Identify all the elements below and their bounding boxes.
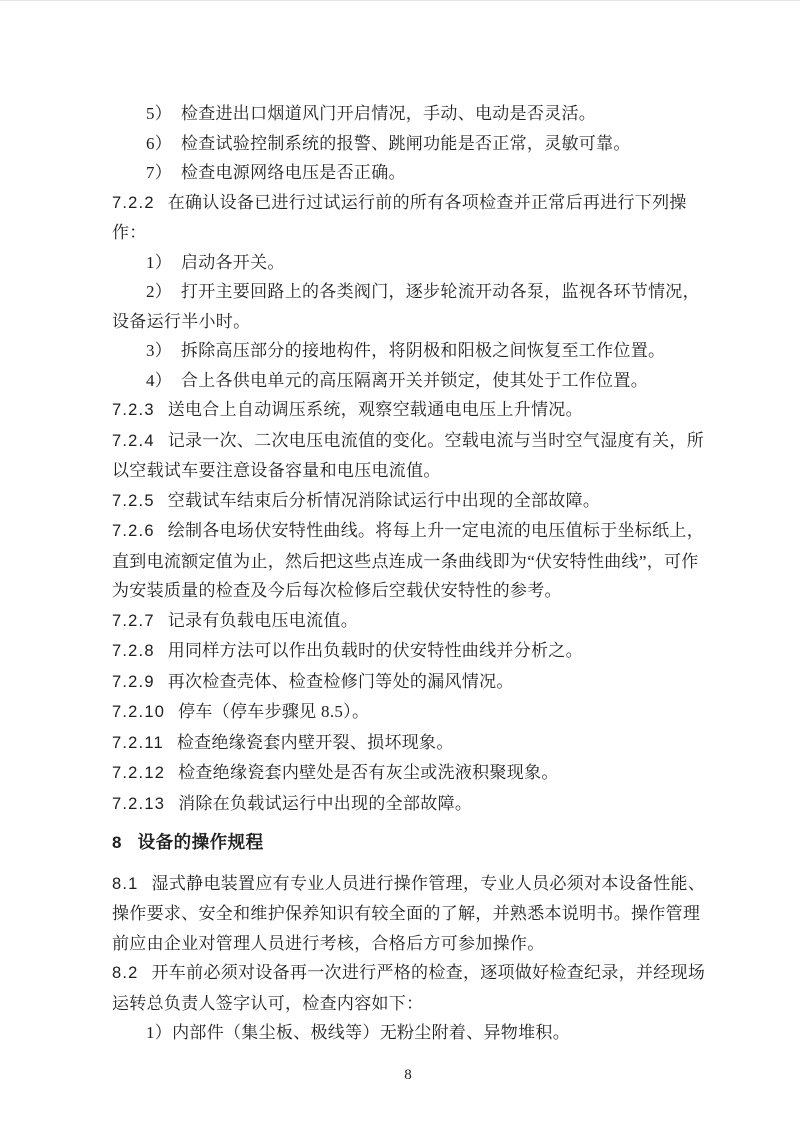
text-line: 7.2.6绘制各电场伏安特性曲线。将每上升一定电流的电压值标于坐标纸上， <box>112 516 704 547</box>
section-number: 7.2.10 <box>112 703 165 721</box>
text-line: 作： <box>112 218 704 248</box>
line-text: 4） 合上各供电单元的高压隔离开关并锁定，使其处于工作位置。 <box>146 371 648 390</box>
line-text: 检查绝缘瓷套内壁处是否有灰尘或洗液积聚现象。 <box>178 763 559 782</box>
line-text: 2） 打开主要回路上的各类阀门，逐步轮流开动各泵，监视各环节情况， <box>146 282 700 301</box>
line-text: 检查绝缘瓷套内壁开裂、损坏现象。 <box>177 733 454 752</box>
content: 5） 检查进出口烟道风门开启情况，手动、电动是否灵活。6） 检查试验控制系统的报… <box>112 99 704 1085</box>
text-line: 7.2.2在确认设备已进行过试运行前的所有各项检查并正常后再进行下列操 <box>112 188 704 219</box>
text-line: 3） 拆除高压部分的接地构件，将阴极和阳极之间恢复至工作位置。 <box>112 336 704 366</box>
line-text: 用同样方法可以作出负载时的伏安特性曲线并分析之。 <box>168 641 583 660</box>
text-line: 7.2.5空载试车结束后分析情况消除试运行中出现的全部故障。 <box>112 486 704 517</box>
list-item: 4） 合上各供电单元的高压隔离开关并锁定，使其处于工作位置。 <box>112 366 704 396</box>
section-paragraph: 7.2.11检查绝缘瓷套内壁开裂、损坏现象。 <box>112 728 704 759</box>
section-paragraph: 7.2.13消除在负载试运行中出现的全部故障。 <box>112 789 704 820</box>
line-text: 绘制各电场伏安特性曲线。将每上升一定电流的电压值标于坐标纸上， <box>168 521 704 540</box>
line-text: 1） 启动各开关。 <box>146 253 285 272</box>
section-paragraph: 7.2.3送电合上自动调压系统，观察空载通电电压上升情况。 <box>112 395 704 426</box>
line-text: 停车（停车步骤见 8.5）。 <box>178 702 369 721</box>
section-paragraph: 7.2.10停车（停车步骤见 8.5）。 <box>112 697 704 728</box>
text-line: 8.1湿式静电装置应有专业人员进行操作管理，专业人员必须对本设备性能、 <box>112 869 704 900</box>
section-paragraph: 7.2.5空载试车结束后分析情况消除试运行中出现的全部故障。 <box>112 486 704 517</box>
line-text: 送电合上自动调压系统，观察空载通电电压上升情况。 <box>168 400 583 419</box>
line-text: 开车前必须对设备再一次进行严格的检查，逐项做好检查纪录，并经现场 <box>152 963 706 982</box>
section-number: 7.2.9 <box>112 673 155 691</box>
text-line: 7.2.4记录一次、二次电压电流值的变化。空载电流与当时空气湿度有关，所 <box>112 426 704 457</box>
text-line: 8.2开车前必须对设备再一次进行严格的检查，逐项做好检查纪录，并经现场 <box>112 958 704 989</box>
section-number: 7.2.3 <box>112 401 155 419</box>
line-text: 为安装质量的检查及今后每次检修后空载伏安特性的参考。 <box>112 581 562 600</box>
line-text: 5） 检查进出口烟道风门开启情况，手动、电动是否灵活。 <box>146 104 596 123</box>
line-text: 7） 检查电源网络电压是否正确。 <box>146 163 406 182</box>
section-paragraph: 8.2开车前必须对设备再一次进行严格的检查，逐项做好检查纪录，并经现场运转总负责… <box>112 958 704 1018</box>
section-number: 7.2.8 <box>112 642 155 660</box>
text-line: 7.2.13消除在负载试运行中出现的全部故障。 <box>112 789 704 820</box>
section-paragraph: 7.2.9再次检查壳体、检查检修门等处的漏风情况。 <box>112 667 704 698</box>
section-paragraph: 7.2.6绘制各电场伏安特性曲线。将每上升一定电流的电压值标于坐标纸上，直到电流… <box>112 516 704 606</box>
section-paragraph: 7.2.8用同样方法可以作出负载时的伏安特性曲线并分析之。 <box>112 636 704 667</box>
section-paragraph: 8.1湿式静电装置应有专业人员进行操作管理，专业人员必须对本设备性能、操作要求、… <box>112 869 704 959</box>
section-number: 8.1 <box>112 875 139 893</box>
line-text: 1）内部件（集尘板、极线等）无粉尘附着、异物堆积。 <box>146 1023 570 1042</box>
section-number: 7.2.6 <box>112 522 155 540</box>
section-number: 7.2.2 <box>112 194 155 212</box>
section-paragraph: 7.2.4记录一次、二次电压电流值的变化。空载电流与当时空气湿度有关，所以空载试… <box>112 426 704 486</box>
list-item: 5） 检查进出口烟道风门开启情况，手动、电动是否灵活。 <box>112 99 704 129</box>
text-line: 1）内部件（集尘板、极线等）无粉尘附着、异物堆积。 <box>112 1018 704 1048</box>
text-line: 为安装质量的检查及今后每次检修后空载伏安特性的参考。 <box>112 576 704 606</box>
line-text: 消除在负载试运行中出现的全部故障。 <box>178 794 472 813</box>
section-paragraph: 7.2.12检查绝缘瓷套内壁处是否有灰尘或洗液积聚现象。 <box>112 758 704 789</box>
list-item: 7） 检查电源网络电压是否正确。 <box>112 158 704 188</box>
text-line: 7.2.3送电合上自动调压系统，观察空载通电电压上升情况。 <box>112 395 704 426</box>
list-item: 3） 拆除高压部分的接地构件，将阴极和阳极之间恢复至工作位置。 <box>112 336 704 366</box>
line-text: 记录有负载电压电流值。 <box>168 611 358 630</box>
text-line: 1） 启动各开关。 <box>112 248 704 278</box>
line-text: 操作要求、安全和维护保养知识有较全面的了解，并熟悉本说明书。操作管理 <box>112 904 700 923</box>
section-number: 7.2.11 <box>112 734 164 752</box>
list-item: 1）内部件（集尘板、极线等）无粉尘附着、异物堆积。 <box>112 1018 704 1048</box>
line-text: 设备运行半小时。 <box>112 312 250 331</box>
text-line: 直到电流额定值为止，然后把这些点连成一条曲线即为“伏安特性曲线”，可作 <box>112 547 704 577</box>
section-number: 7.2.12 <box>112 764 165 782</box>
text-line: 7.2.9再次检查壳体、检查检修门等处的漏风情况。 <box>112 667 704 698</box>
line-text: 空载试车结束后分析情况消除试运行中出现的全部故障。 <box>168 491 601 510</box>
line-text: 运转总负责人签字认可，检查内容如下： <box>112 994 423 1013</box>
section-number: 7.2.5 <box>112 492 155 510</box>
text-line: 7.2.12检查绝缘瓷套内壁处是否有灰尘或洗液积聚现象。 <box>112 758 704 789</box>
text-line: 8设备的操作规程 <box>112 828 704 858</box>
line-text: 6） 检查试验控制系统的报警、跳闸功能是否正常，灵敏可靠。 <box>146 134 631 153</box>
line-text: 作： <box>112 223 147 242</box>
scan-edge-line <box>0 0 800 1</box>
text-line: 6） 检查试验控制系统的报警、跳闸功能是否正常，灵敏可靠。 <box>112 129 704 159</box>
text-line: 设备运行半小时。 <box>112 307 704 337</box>
text-line: 7.2.8用同样方法可以作出负载时的伏安特性曲线并分析之。 <box>112 636 704 667</box>
line-text: 前应由企业对管理人员进行考核，合格后方可参加操作。 <box>112 934 545 953</box>
line-text: 设备的操作规程 <box>138 832 264 852</box>
text-line: 2） 打开主要回路上的各类阀门，逐步轮流开动各泵，监视各环节情况， <box>112 277 704 307</box>
section-heading: 8设备的操作规程 <box>112 828 704 858</box>
section-number: 7.2.4 <box>112 432 155 450</box>
line-text: 湿式静电装置应有专业人员进行操作管理，专业人员必须对本设备性能、 <box>152 874 706 893</box>
page-number: 8 <box>112 1065 704 1085</box>
text-line: 以空载试车要注意设备容量和电压电流值。 <box>112 456 704 486</box>
text-line: 7） 检查电源网络电压是否正确。 <box>112 158 704 188</box>
list-item: 2） 打开主要回路上的各类阀门，逐步轮流开动各泵，监视各环节情况，设备运行半小时… <box>112 277 704 336</box>
list-item: 6） 检查试验控制系统的报警、跳闸功能是否正常，灵敏可靠。 <box>112 129 704 159</box>
section-paragraph: 7.2.2在确认设备已进行过试运行前的所有各项检查并正常后再进行下列操作： <box>112 188 704 248</box>
text-line: 7.2.10停车（停车步骤见 8.5）。 <box>112 697 704 728</box>
text-line: 运转总负责人签字认可，检查内容如下： <box>112 989 704 1019</box>
line-text: 再次检查壳体、检查检修门等处的漏风情况。 <box>168 672 514 691</box>
text-line: 操作要求、安全和维护保养知识有较全面的了解，并熟悉本说明书。操作管理 <box>112 899 704 929</box>
section-number: 8 <box>112 833 123 852</box>
section-number: 8.2 <box>112 964 139 982</box>
text-line: 7.2.7记录有负载电压电流值。 <box>112 606 704 637</box>
section-number: 7.2.13 <box>112 795 165 813</box>
line-text: 以空载试车要注意设备容量和电压电流值。 <box>112 461 441 480</box>
text-line: 7.2.11检查绝缘瓷套内壁开裂、损坏现象。 <box>112 728 704 759</box>
section-number: 7.2.7 <box>112 612 155 630</box>
text-line: 4） 合上各供电单元的高压隔离开关并锁定，使其处于工作位置。 <box>112 366 704 396</box>
line-text: 3） 拆除高压部分的接地构件，将阴极和阳极之间恢复至工作位置。 <box>146 341 665 360</box>
list-item: 1） 启动各开关。 <box>112 248 704 278</box>
text-line: 前应由企业对管理人员进行考核，合格后方可参加操作。 <box>112 929 704 959</box>
document-page: 5） 检查进出口烟道风门开启情况，手动、电动是否灵活。6） 检查试验控制系统的报… <box>0 0 800 1131</box>
line-text: 直到电流额定值为止，然后把这些点连成一条曲线即为“伏安特性曲线”，可作 <box>112 552 699 571</box>
line-text: 记录一次、二次电压电流值的变化。空载电流与当时空气湿度有关，所 <box>168 431 704 450</box>
text-line: 5） 检查进出口烟道风门开启情况，手动、电动是否灵活。 <box>112 99 704 129</box>
line-text: 在确认设备已进行过试运行前的所有各项检查并正常后再进行下列操 <box>168 193 687 212</box>
section-paragraph: 7.2.7记录有负载电压电流值。 <box>112 606 704 637</box>
